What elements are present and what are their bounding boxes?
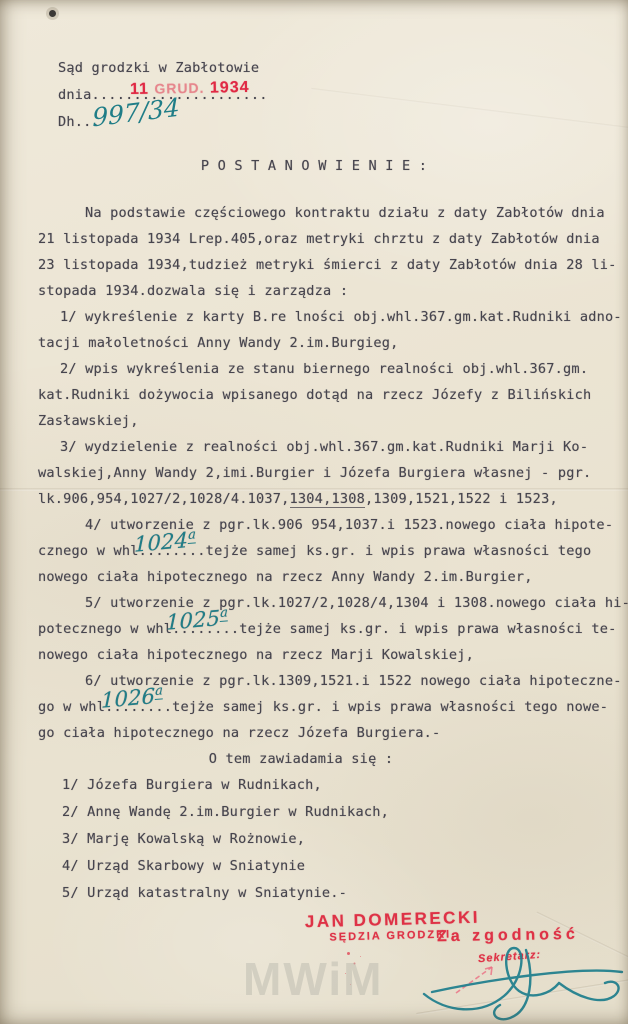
handwritten-whl-number: 1025a [166, 600, 228, 636]
whl-number: 1025 [166, 606, 220, 635]
item1-line: 1/ wykreślenie z karty B.re lności obj.w… [38, 304, 624, 330]
item4-line: nowego ciała hipotecznego na rzecz Anny … [38, 564, 624, 590]
date-stamp-day: 11 [130, 81, 149, 98]
parcel-numbers: lk.906,954,1027/2,1028/4.1037, [38, 491, 290, 507]
notify-list-item: 5/ Urząd katastralny w Sniatynie.- [38, 880, 624, 907]
item4-line: 4/ utworzenie z pgr.lk.906 954,1037.i 15… [38, 512, 624, 538]
notify-list: 1/ Józefa Burgiera w Rudnikach, 2/ Annę … [38, 772, 624, 907]
document-title: P O S T A N O W I E N I E : [0, 158, 628, 174]
intro-line: 21 listopada 1934 Lrep.405,oraz metryki … [38, 226, 624, 252]
document-body: Na podstawie częściowego kontraktu dział… [38, 200, 624, 907]
parcel-numbers-underlined: 1304,1308 [290, 491, 365, 508]
notify-list-item: 3/ Marję Kowalską w Rożnowie, [38, 826, 624, 853]
handwritten-whl-number: 1026a [101, 678, 163, 714]
item3-line: walskiej,Anny Wandy 2,imi.Burgier i Józe… [38, 460, 624, 486]
item2-line: Zasławskiej, [38, 408, 624, 434]
date-stamp-year: 1934 [210, 79, 250, 97]
item4-typed-text: cznego w whl........tejże samej ks.gr. i… [38, 543, 591, 559]
fold-crease-top-right [311, 88, 628, 130]
intro-line: 23 listopada 1934,tudzież metryki śmierc… [38, 252, 624, 278]
notify-list-item: 1/ Józefa Burgiera w Rudnikach, [38, 772, 624, 799]
item3-line: 3/ wydzielenie z realności obj.whl.367.g… [38, 434, 624, 460]
item3-line-parcels: lk.906,954,1027/2,1028/4.1037,1304,1308,… [38, 486, 624, 512]
item5-typed-text: potecznego w whl........tejże samej ks.g… [38, 621, 617, 637]
document-page: Sąd grodzki w Zabłotowie dnia...........… [0, 0, 628, 1024]
court-name: Sąd grodzki w Zabłotowie [58, 55, 268, 82]
intro-line: Na podstawie częściowego kontraktu dział… [38, 200, 624, 226]
notify-heading: O tem zawiadamia się : [38, 746, 624, 772]
handwritten-whl-number: 1024a [134, 522, 196, 558]
whl-number-suffix: a [155, 683, 163, 700]
watermark: MWiM [243, 952, 383, 1006]
punch-mark [49, 10, 56, 17]
item1-line: tacji małoletności Anny Wandy 2.im.Burgi… [38, 330, 624, 356]
parcel-numbers: ,1309,1521,1522 i 1523, [365, 491, 558, 507]
notify-list-item: 2/ Annę Wandę 2.im.Burgier w Rudnikach, [38, 799, 624, 826]
item6-line: go ciała hipotecznego na rzecz Józefa Bu… [38, 720, 624, 746]
whl-number-suffix: a [188, 527, 196, 544]
intro-line: stopada 1934.dozwala się i zarządza : [38, 278, 624, 304]
item2-line: 2/ wpis wykreślenia ze stanu biernego re… [38, 356, 624, 382]
item2-line: kat.Rudniki dożywocia wpisanego dotąd na… [38, 382, 624, 408]
signature [418, 936, 628, 1024]
whl-number: 1026 [101, 684, 155, 713]
whl-number-suffix: a [220, 605, 228, 622]
item5-line: 5/ utworzenie z pgr.lk.1027/2,1028/4,130… [38, 590, 624, 616]
notify-list-item: 4/ Urząd Skarbowy w Sniatynie [38, 853, 624, 880]
item6-line-whl: go w whl........tejże samej ks.gr. i wpi… [38, 694, 624, 720]
item5-line-whl: potecznego w whl........tejże samej ks.g… [38, 616, 624, 642]
item5-line: nowego ciała hipotecznego na rzecz Marji… [38, 642, 624, 668]
whl-number: 1024 [134, 528, 188, 557]
item4-line-whl: cznego w whl........tejże samej ks.gr. i… [38, 538, 624, 564]
